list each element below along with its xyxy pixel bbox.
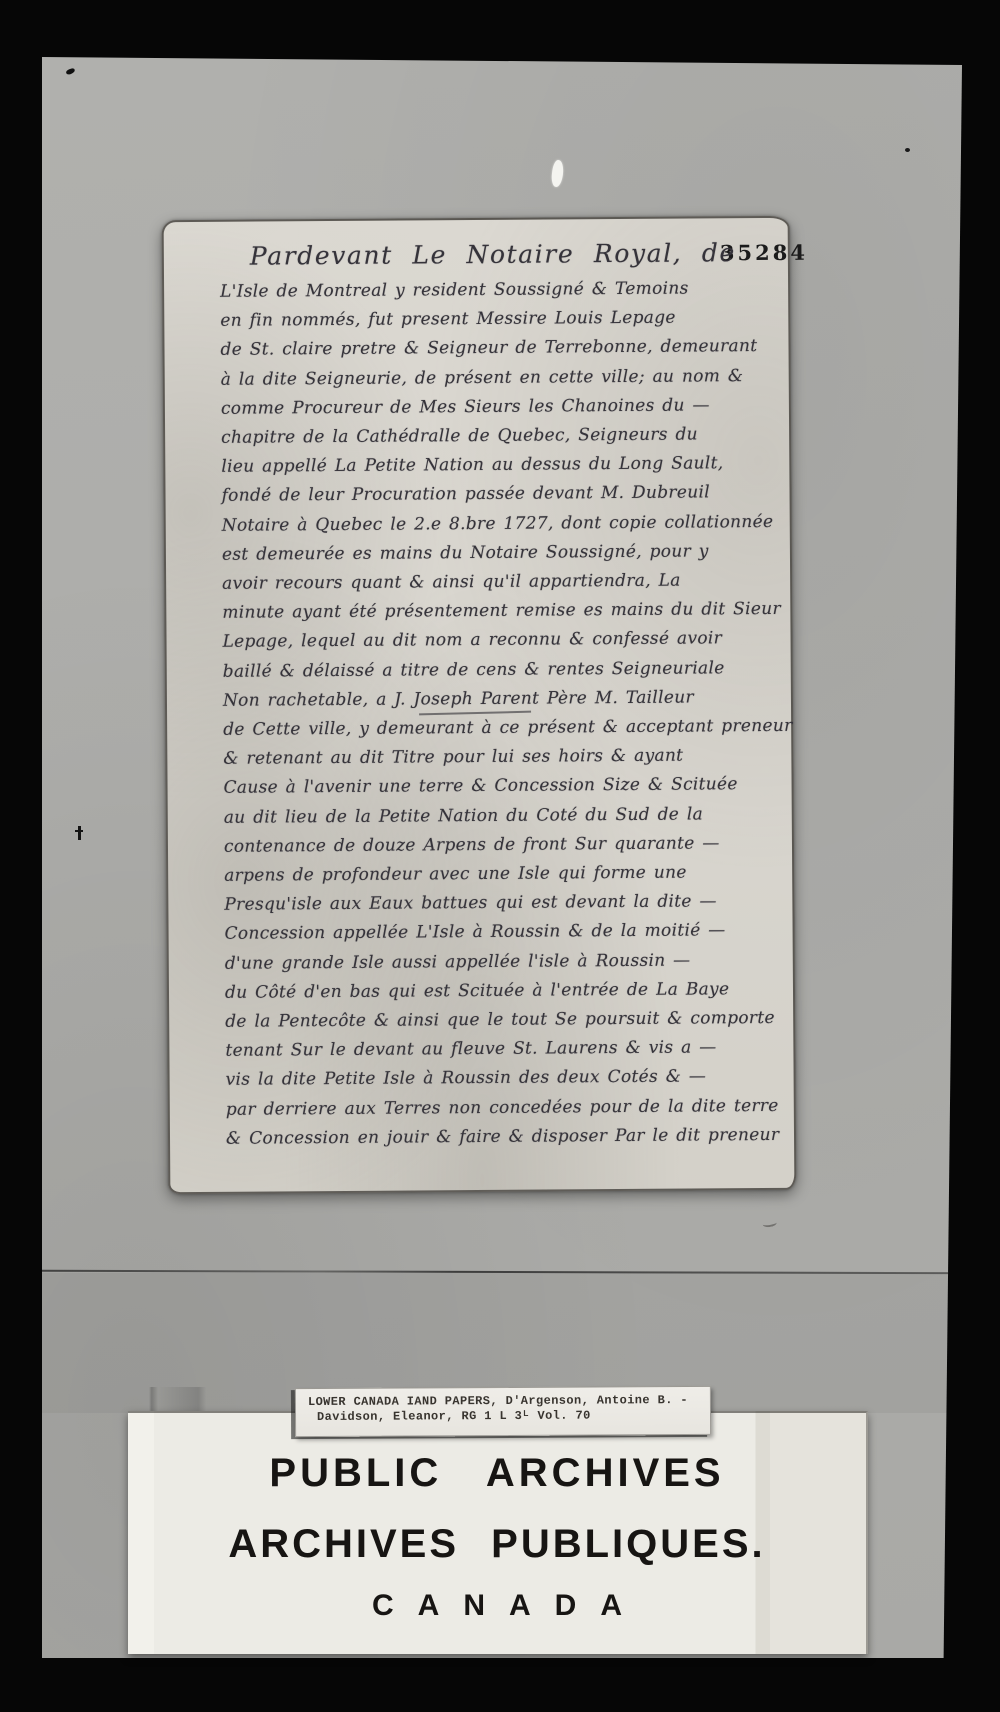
manuscript-line: fondé de leur Procuration passée devant …: [221, 478, 763, 511]
manuscript-line: tenant Sur le devant au fleuve St. Laure…: [225, 1033, 767, 1066]
archives-stamp-card: PUBLIC ARCHIVES ARCHIVES PUBLIQUES. CANA…: [128, 1411, 868, 1654]
manuscript-line: à la dite Seigneurie, de présent en cett…: [221, 362, 763, 395]
manuscript-line: Concession appellée L'Isle à Roussin & d…: [224, 916, 766, 949]
manuscript-line: minute ayant été présentement remise es …: [222, 595, 764, 628]
manuscript-line: avoir recours quant & ainsi qu'il appart…: [222, 566, 764, 599]
reference-label-line1: LOWER CANADA IAND PAPERS, D'Argenson, An…: [308, 1393, 702, 1410]
manuscript-line: Pardevant Le Notaire Royal, de: [220, 232, 762, 278]
manuscript-page: 35284 Pardevant Le Notaire Royal, deL'Is…: [162, 216, 797, 1194]
manuscript-line: en fin nommés, fut present Messire Louis…: [220, 303, 762, 336]
manuscript-line: & Concession en jouir & faire & disposer…: [226, 1121, 768, 1154]
manuscript-line: Presqu'isle aux Eaux battues qui est dev…: [224, 887, 766, 920]
reference-label-line2: Davidson, Eleanor, RG 1 L 3ᴸ Vol. 70: [308, 1408, 702, 1425]
manuscript-text: Pardevant Le Notaire Royal, deL'Isle de …: [164, 232, 794, 1154]
archives-stamp-french: ARCHIVES PUBLIQUES.: [128, 1522, 866, 1567]
manuscript-line: vis la dite Petite Isle à Roussin des de…: [226, 1062, 768, 1095]
manuscript-line: de St. claire pretre & Seigneur de Terre…: [220, 332, 762, 365]
reference-label-card: LOWER CANADA IAND PAPERS, D'Argenson, An…: [295, 1386, 711, 1437]
manuscript-line: contenance de douze Arpens de front Sur …: [224, 829, 766, 862]
manuscript-line: du Côté d'en bas qui est Scituée à l'ent…: [225, 975, 767, 1008]
manuscript-line: comme Procureur de Mes Sieurs les Chanoi…: [221, 391, 763, 424]
archives-stamp-english: PUBLIC ARCHIVES: [128, 1451, 866, 1496]
manuscript-line: est demeurée es mains du Notaire Soussig…: [222, 537, 764, 570]
edge-tick-mark-bar: [75, 830, 83, 832]
manuscript-line: arpens de profondeur avec une Isle qui f…: [224, 858, 766, 891]
manuscript-line: L'Isle de Montreal y resident Soussigné …: [220, 274, 762, 307]
manuscript-line: de Cette ville, y demeurant à ce présent…: [223, 712, 765, 745]
manuscript-line: d'une grande Isle aussi appellée l'isle …: [225, 946, 767, 979]
manuscript-line: Cause à l'avenir une terre & Concession …: [223, 770, 765, 803]
microfilm-scan: { "colors":{ "frame":"#060606", "board":…: [0, 0, 1000, 1712]
manuscript-line: au dit lieu de la Petite Nation du Coté …: [224, 800, 766, 833]
manuscript-line: lieu appellé La Petite Nation au dessus …: [221, 449, 763, 482]
manuscript-line: & retenant au dit Titre pour lui ses hoi…: [223, 741, 765, 774]
manuscript-line: Lepage, lequel au dit nom a reconnu & co…: [222, 624, 764, 657]
manuscript-line: chapitre de la Cathédralle de Quebec, Se…: [221, 420, 763, 453]
manuscript-line: par derriere aux Terres non concedées po…: [226, 1092, 768, 1125]
archives-stamp-country: CANADA: [128, 1589, 866, 1623]
dust-speck-right: [905, 148, 910, 152]
manuscript-line: baillé & délaissé a titre de cens & rent…: [223, 654, 765, 687]
manuscript-line: de la Pentecôte & ainsi que le tout Se p…: [225, 1004, 767, 1037]
manuscript-line: Notaire à Quebec le 2.e 8.bre 1727, dont…: [222, 508, 764, 541]
edge-tick-mark: [78, 826, 81, 840]
